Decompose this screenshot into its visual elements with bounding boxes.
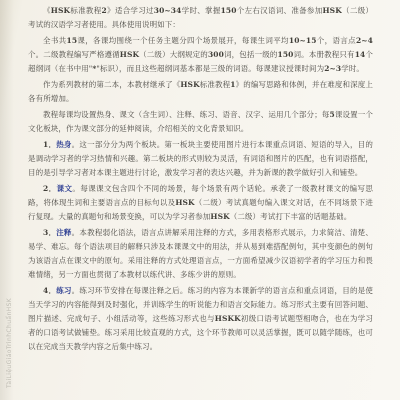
text-segment: 。本教程弱化语法，语言点讲解采用注释的方式，多用表格形式展示，力求简洁、清楚、易… [28, 228, 373, 279]
text-segment: 教程每课均设置热身、课文（含生词）、注释、练习、语音、汉字、运用几个部分；每5课… [28, 110, 373, 133]
paragraph: 2．课文。每课课文包含四个不同的场景，每个场景有两个话轮。承袭了一级教材课文的编… [28, 182, 373, 224]
paragraph: 1．热身。这一部分分为两个板块。第一板块主要使用图片进行本课重点词语、短语的导入… [28, 138, 373, 180]
text-segment: 2． [43, 184, 57, 193]
document-body: 《HSK标准教程2》适合学习过30~34学时、掌握150个左右汉语词、准备参加H… [0, 0, 400, 400]
text-segment: 。每课课文包含四个不同的场景，每个场景有两个话轮。承袭了一级教材课文的编写思路，… [28, 184, 373, 221]
paragraph: 3．注释。本教程弱化语法，语言点讲解采用注释的方式，多用表格形式展示，力求简洁、… [28, 226, 373, 282]
text-segment: 4． [43, 286, 56, 295]
paragraph: 教程每课均设置热身、课文（含生词）、注释、练习、语音、汉字、运用几个部分；每5课… [28, 108, 373, 136]
book-page: TàiLiệuGiáoTrìnhChuẩnHSK 《HSK标准教程2》适合学习过… [0, 0, 400, 400]
section-label: 注释 [56, 228, 71, 237]
text-segment: 3． [43, 228, 56, 237]
text-segment: 《HSK标准教程2》适合学习过30~34学时、掌握150个左右汉语词、准备参加H… [28, 6, 373, 29]
text-segment: 。这一部分分为两个板块。第一板块主要使用图片进行本课重点词语、短语的导入，目的是… [28, 140, 373, 177]
text-segment: 作为系列教材的第二本，本教材继承了《HSK标准教程1》的编写思路和体例，并在难度… [28, 80, 373, 103]
text-segment: 1． [43, 140, 56, 149]
text-segment: 。练习环节安排在每课注释之后。练习的内容为本课新学的语言点和重点词语，目的是使当… [28, 286, 373, 351]
section-label: 热身 [56, 140, 71, 149]
text-segment: 全书共15课，各课均围绕一个任务主题分四个场景展开，每课生词平均10~15个，语… [28, 36, 373, 73]
paragraph: 作为系列教材的第二本，本教材继承了《HSK标准教程1》的编写思路和体例，并在难度… [28, 78, 373, 106]
section-label: 课文 [57, 184, 73, 193]
paragraph: 4．练习。练习环节安排在每课注释之后。练习的内容为本课新学的语言点和重点词语，目… [28, 284, 373, 354]
paragraph: 全书共15课，各课均围绕一个任务主题分四个场景展开，每课生词平均10~15个，语… [28, 34, 373, 76]
paragraph: 《HSK标准教程2》适合学习过30~34学时、掌握150个左右汉语词、准备参加H… [28, 4, 373, 32]
section-label: 练习 [56, 286, 71, 295]
